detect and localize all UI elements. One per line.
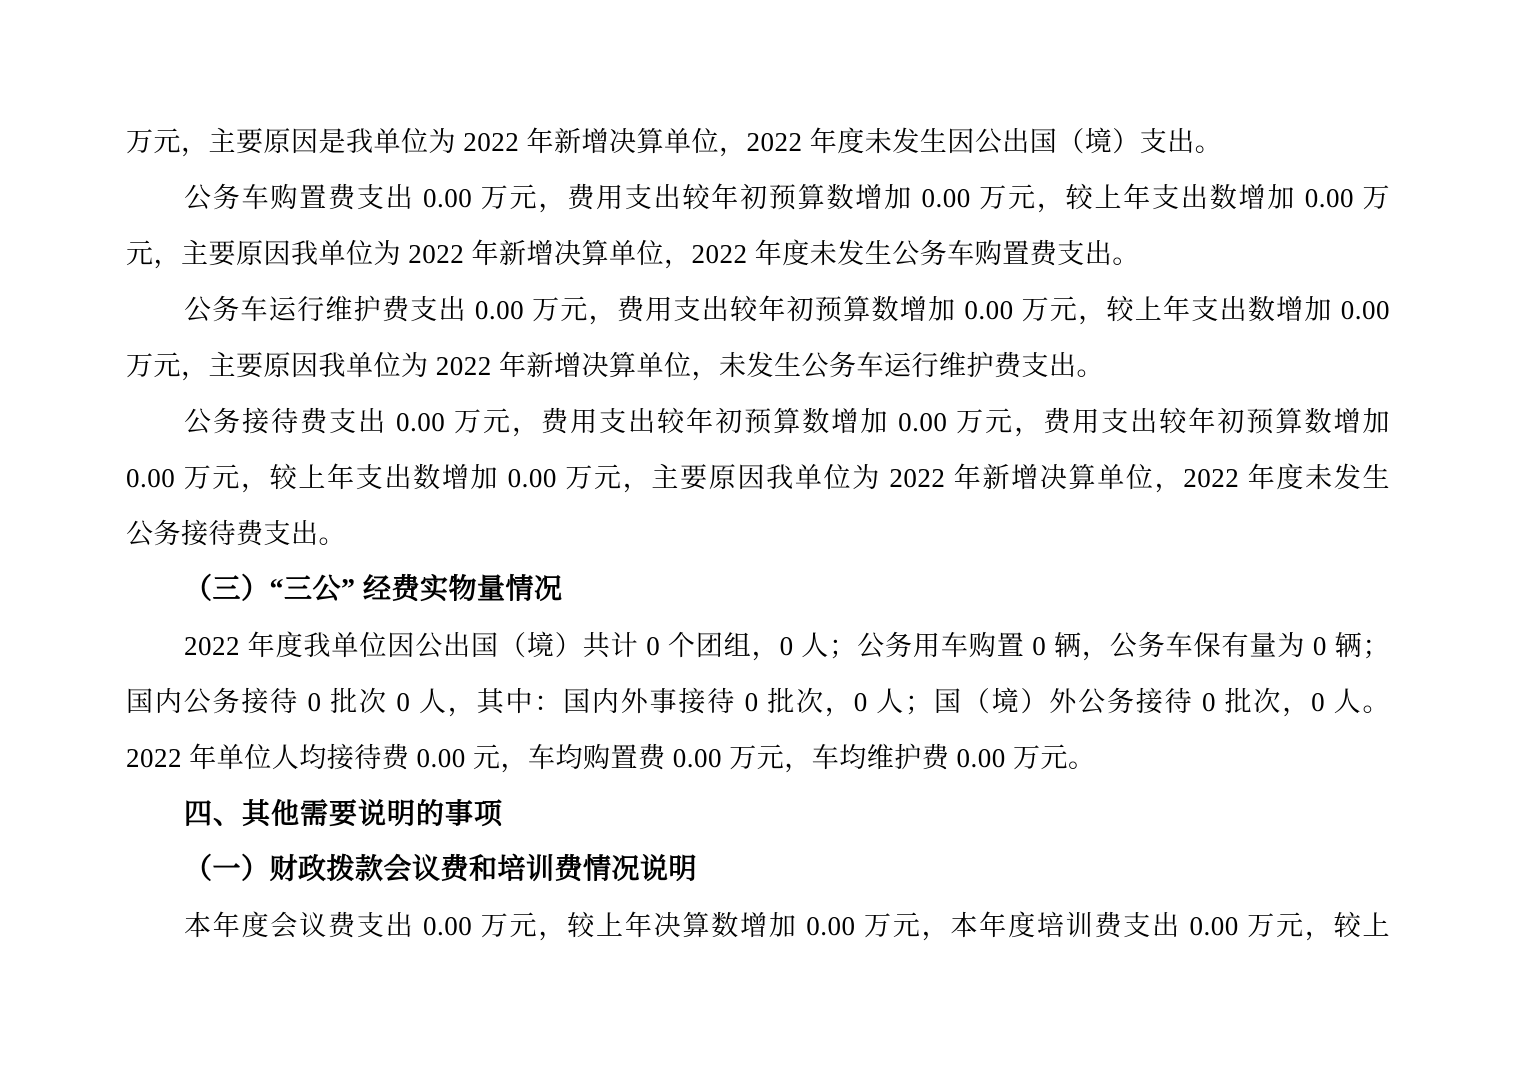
section-heading: 四、其他需要说明的事项: [126, 786, 1390, 842]
subsection-heading: （一）财政拨款会议费和培训费情况说明: [126, 842, 1390, 898]
paragraph-line: 公务接待费支出 0.00 万元，费用支出较年初预算数增加 0.00 万元，费用支…: [126, 394, 1390, 450]
document-text-block: 万元，主要原因是我单位为 2022 年新增决算单位，2022 年度未发生因公出国…: [126, 114, 1390, 954]
paragraph-line: 2022 年单位人均接待费 0.00 元，车均购置费 0.00 万元，车均维护费…: [126, 730, 1390, 786]
subsection-heading: （三）“三公” 经费实物量情况: [126, 562, 1390, 618]
paragraph-line: 万元，主要原因我单位为 2022 年新增决算单位，未发生公务车运行维护费支出。: [126, 338, 1390, 394]
document-page: 万元，主要原因是我单位为 2022 年新增决算单位，2022 年度未发生因公出国…: [0, 0, 1520, 1074]
paragraph-line: 2022 年度我单位因公出国（境）共计 0 个团组，0 人；公务用车购置 0 辆…: [126, 618, 1390, 674]
paragraph-line: 公务接待费支出。: [126, 506, 1390, 562]
paragraph-line: 公务车购置费支出 0.00 万元，费用支出较年初预算数增加 0.00 万元，较上…: [126, 170, 1390, 226]
paragraph-line: 0.00 万元，较上年支出数增加 0.00 万元，主要原因我单位为 2022 年…: [126, 450, 1390, 506]
paragraph-line: 本年度会议费支出 0.00 万元，较上年决算数增加 0.00 万元，本年度培训费…: [126, 898, 1390, 954]
paragraph-line: 元，主要原因我单位为 2022 年新增决算单位，2022 年度未发生公务车购置费…: [126, 226, 1390, 282]
paragraph-line: 国内公务接待 0 批次 0 人，其中：国内外事接待 0 批次，0 人；国（境）外…: [126, 674, 1390, 730]
paragraph-line: 万元，主要原因是我单位为 2022 年新增决算单位，2022 年度未发生因公出国…: [126, 114, 1390, 170]
paragraph-line: 公务车运行维护费支出 0.00 万元，费用支出较年初预算数增加 0.00 万元，…: [126, 282, 1390, 338]
